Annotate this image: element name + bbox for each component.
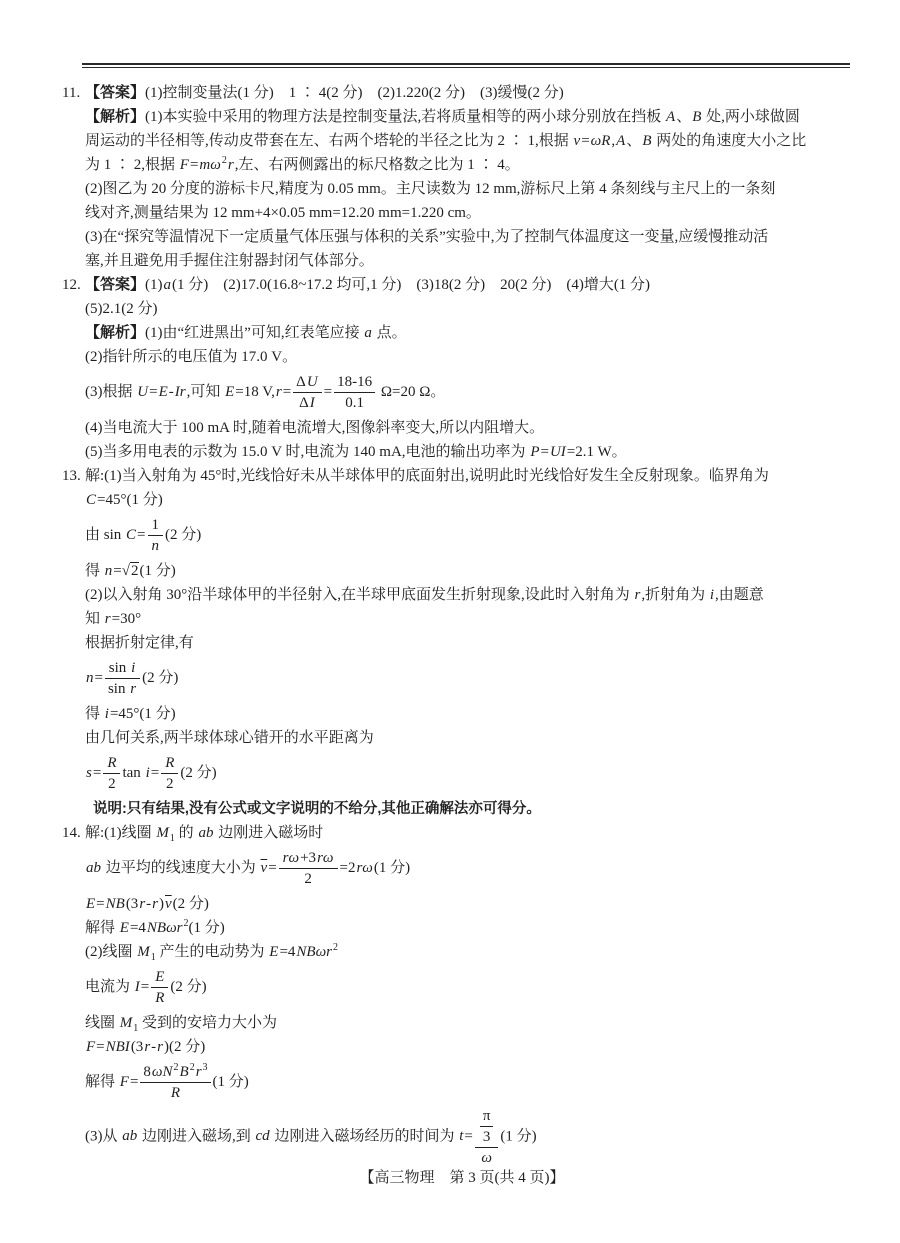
variable: R [106, 755, 117, 771]
text-run: 塞,并且避免用手握住注射器封闭气体部分。 [85, 253, 374, 269]
text-run: 8 [143, 1064, 151, 1080]
text-run: =2.1 W。 [567, 444, 627, 460]
superscript: 2 [333, 942, 338, 953]
fraction-numerator: R [103, 754, 120, 774]
variable: r [138, 896, 146, 912]
variable: R [170, 1085, 181, 1101]
text-run: = [137, 527, 145, 543]
text-line: s=R2tan i=R2(2 分) [62, 754, 862, 793]
fraction-numerator: sin i [105, 659, 140, 679]
text-line: 线对齐,测量结果为 12 mm+4×0.05 mm=12.20 mm=1.220… [62, 201, 862, 225]
text-run: ,可知 [187, 384, 225, 400]
text-run: ,左、右两侧露出的标尺格数之比为 1 ∶ 4。 [235, 157, 520, 173]
variable: B [641, 133, 652, 149]
text-run: (2)以入射角 30°沿半球体甲的半径射入,在半球甲底面发生折射现象,设此时入射… [85, 587, 634, 603]
variable: s [85, 765, 93, 781]
variable: r [151, 896, 159, 912]
text-line: 周运动的半径相等,传动皮带套在左、右两个塔轮的半径之比为 2 ∶ 1,根据 v=… [62, 129, 862, 153]
text-run: 2 [108, 776, 116, 792]
variable: n [151, 538, 161, 554]
variable: NBI [105, 1039, 131, 1055]
text-run: (1)本实验中采用的物理方法是控制变量法,若将质量相等的两小球分别放在挡板 [145, 109, 665, 125]
text-line: (2)线圈 M1 产生的电动势为 E=4NBωr2 [62, 940, 862, 964]
fraction-denominator: ω [475, 1148, 499, 1167]
text-run: 处,两小球做圆 [702, 109, 800, 125]
variable: I [134, 979, 141, 995]
text-run: (1)控制变量法(1 分) 1 ∶ 4(2 分) (2)1.220(2 分) (… [145, 85, 564, 101]
header-divider [82, 63, 850, 68]
text-run: 解得 [85, 1074, 119, 1090]
text-run: = [130, 1074, 138, 1090]
text-run: (2 分) [180, 765, 216, 781]
text-run: 点。 [373, 325, 407, 341]
text-run: (2 分) [170, 979, 206, 995]
text-run: (5)当多用电表的示数为 15.0 V 时,电流为 140 mA,电池的输出功率… [85, 444, 529, 460]
bold-label: 【答案】 [85, 277, 145, 293]
text-run: (1 分) [139, 563, 175, 579]
text-run: 为 1 ∶ 2,根据 [85, 157, 179, 173]
fraction-numerator: π [480, 1107, 494, 1127]
fraction-numerator: E [151, 968, 168, 988]
fraction-denominator: R [140, 1083, 210, 1102]
text-line: 【解析】(1)由“红进黑出”可知,红表笔应接 a 点。 [62, 321, 862, 345]
text-run: (3)从 [85, 1128, 121, 1144]
fraction-numerator: 18-16 [334, 373, 375, 393]
text-run: 受到的安培力大小为 [138, 1015, 277, 1031]
variable: B [179, 1064, 190, 1080]
text-line: 知 r=30° [62, 607, 862, 631]
fraction: π3 [480, 1107, 494, 1146]
text-run: 知 [85, 611, 104, 627]
variable: ωR [590, 133, 612, 149]
text-run: (3 [131, 1039, 144, 1055]
variable: r [195, 1064, 203, 1080]
text-run: = [113, 563, 121, 579]
variable: v [573, 133, 582, 149]
text-run: (1 分) (2)17.0(16.8~17.2 均可,1 分) (3)18(2 … [172, 277, 650, 293]
text-run: 线对齐,测量结果为 12 mm+4×0.05 mm=12.20 mm=1.220… [85, 205, 481, 221]
variable: rω [282, 850, 300, 866]
text-run: 说明:只有结果,没有公式或文字说明的不给分,其他正确解法亦可得分。 [93, 801, 541, 817]
text-run: 由 sin [85, 527, 125, 543]
variable: U [136, 384, 149, 400]
sqrt-expression: √2 [122, 562, 140, 579]
text-run: (3)根据 [85, 384, 136, 400]
text-run: sin [108, 681, 129, 697]
fraction: R2 [161, 754, 178, 793]
variable: r [156, 1039, 164, 1055]
text-line: 得 n=√2(1 分) [62, 559, 862, 583]
variable: NBωr [146, 920, 184, 936]
text-run: - [169, 384, 174, 400]
fraction-numerator: 8ωN2B2r3 [140, 1063, 210, 1083]
fraction: 8ωN2B2r3R [140, 1063, 210, 1102]
superscript: 2 [174, 1062, 179, 1073]
fraction: rω+3rω2 [279, 849, 338, 888]
text-run: 电流为 [85, 979, 134, 995]
variable: ab [85, 860, 102, 876]
text-run: sin [109, 660, 130, 676]
text-run: (1 分) [189, 920, 225, 936]
text-line: 12.【答案】(1)a(1 分) (2)17.0(16.8~17.2 均可,1 … [62, 273, 862, 297]
fraction: sin isin r [105, 659, 140, 698]
text-run: (4)当电流大于 100 mA 时,随着电流增大,图像斜率变大,所以内阻增大。 [85, 420, 544, 436]
variable: ab [197, 825, 214, 841]
text-line: 由 sin C=1n(2 分) [62, 516, 862, 555]
text-run: (2)指针所示的电压值为 17.0 V。 [85, 349, 297, 365]
text-run: = [93, 765, 101, 781]
text-run: =4 [279, 944, 295, 960]
variable: a [363, 325, 373, 341]
text-run: (2 分) [173, 896, 209, 912]
text-run: (1)由“红进黑出”可知,红表笔应接 [145, 325, 363, 341]
text-run: = [149, 384, 157, 400]
text-run: = [464, 1128, 472, 1144]
variable: E [85, 896, 96, 912]
variable: r [143, 1039, 151, 1055]
fraction-numerator: 1 [148, 516, 164, 536]
text-run: (1) [145, 277, 163, 293]
variable-overbar: v [164, 896, 173, 912]
text-line: (2)指针所示的电压值为 17.0 V。 [62, 345, 862, 369]
text-run: 边刚进入磁场,到 [138, 1128, 254, 1144]
variable: NBωr [295, 944, 333, 960]
text-run: (1 分) [213, 1074, 249, 1090]
text-run: 2 [304, 871, 312, 887]
text-run: 2 [166, 776, 174, 792]
text-run: tan [122, 765, 144, 781]
text-run: (3)在“探究等温情况下一定质量气体压强与体积的关系”实验中,为了控制气体温度这… [85, 229, 768, 245]
text-run: = [268, 860, 276, 876]
text-run: 的 [175, 825, 198, 841]
fraction-denominator: 3 [480, 1127, 494, 1146]
fraction: ER [151, 968, 168, 1007]
text-run: Δ [296, 374, 306, 390]
text-run: 边刚进入磁场经历的时间为 [271, 1128, 459, 1144]
fraction-numerator: ΔU [293, 373, 322, 393]
radical-sign-icon: √ [122, 563, 130, 579]
text-run: π [483, 1108, 491, 1124]
variable: rω [316, 850, 334, 866]
text-run: (2 分) [165, 527, 201, 543]
text-run: Δ [299, 395, 309, 411]
text-line: ab 边平均的线速度大小为 v=rω+3rω2=2rω(1 分) [62, 849, 862, 888]
text-run: 1 [152, 517, 160, 533]
text-run: +3 [300, 850, 316, 866]
fraction-denominator: 2 [161, 774, 178, 793]
variable-overbar: v [260, 860, 269, 876]
variable: ab [121, 1128, 138, 1144]
text-run: 线圈 [85, 1015, 119, 1031]
variable: B [691, 109, 702, 125]
variable: E [224, 384, 235, 400]
text-run: (2 分) [142, 670, 178, 686]
text-run: 、 [676, 109, 691, 125]
text-run: (2)图乙为 20 分度的游标卡尺,精度为 0.05 mm。主尺读数为 12 m… [85, 181, 775, 197]
fraction-denominator: ΔI [293, 393, 322, 412]
variable: ω [480, 1150, 493, 1166]
text-line: (5)2.1(2 分) [62, 297, 862, 321]
text-run: 解得 [85, 920, 119, 936]
text-run: = [95, 670, 103, 686]
variable: P [529, 444, 540, 460]
variable: r [227, 157, 235, 173]
fraction-numerator: R [161, 754, 178, 774]
text-line: C=45°(1 分) [62, 488, 862, 512]
scanned-answer-page: 11.【答案】(1)控制变量法(1 分) 1 ∶ 4(2 分) (2)1.220… [0, 0, 900, 1243]
text-line: 解得 E=4NBωr2(1 分) [62, 916, 862, 940]
text-line: F=NBI(3r-r)(2 分) [62, 1035, 862, 1059]
text-run: =45°(1 分) [110, 706, 176, 722]
text-line: 根据折射定律,有 [62, 631, 862, 655]
item-number: 13. [62, 464, 81, 488]
text-run: 由几何关系,两半球体球心错开的水平距离为 [85, 730, 374, 746]
text-run: = [540, 444, 548, 460]
text-run: =2 [340, 860, 356, 876]
variable: a [163, 277, 173, 293]
content: 11.【答案】(1)控制变量法(1 分) 1 ∶ 4(2 分) (2)1.220… [62, 81, 862, 1172]
text-run: 根据折射定律,有 [85, 635, 194, 651]
text-run: = [324, 384, 332, 400]
fraction-numerator: π3 [475, 1107, 499, 1148]
text-line: 【解析】(1)本实验中采用的物理方法是控制变量法,若将质量相等的两小球分别放在挡… [62, 105, 862, 129]
fraction-denominator: R [151, 988, 168, 1007]
text-run: = [96, 896, 104, 912]
text-run: ,折射角为 [641, 587, 709, 603]
text-run: 3 [483, 1129, 491, 1145]
bold-label: 【解析】 [85, 109, 145, 125]
text-run: 得 [85, 706, 104, 722]
text-run: (2)线圈 [85, 944, 136, 960]
variable: M [136, 944, 151, 960]
superscript: 2 [190, 1062, 195, 1073]
variable: n [85, 670, 95, 686]
fraction-denominator: 0.1 [334, 393, 375, 412]
fraction: 1n [148, 516, 164, 555]
text-line: (3)根据 U=E-Ir,可知 E=18 V,r=ΔUΔI=18-160.1 Ω… [62, 373, 862, 412]
variable: F [119, 1074, 130, 1090]
page-footer: 【高三物理 第 3 页(共 4 页)】 [62, 1166, 862, 1187]
text-run: =45°(1 分) [97, 492, 163, 508]
variable: n [104, 563, 114, 579]
item-number: 12. [62, 273, 81, 297]
fraction-denominator: n [148, 536, 164, 555]
bold-label: 【解析】 [85, 325, 145, 341]
variable: r [275, 384, 283, 400]
fraction-denominator: 2 [103, 774, 120, 793]
text-run: ,由题意 [715, 587, 764, 603]
fraction: ΔUΔI [293, 373, 322, 412]
variable: Ir [174, 384, 187, 400]
text-run: (1 分) [374, 860, 410, 876]
text-line: 14.解:(1)线圈 M1 的 ab 边刚进入磁场时 [62, 821, 862, 845]
text-line: 由几何关系,两半球体球心错开的水平距离为 [62, 726, 862, 750]
text-line: 塞,并且避免用手握住注射器封闭气体部分。 [62, 249, 862, 273]
text-run: 边刚进入磁场时 [214, 825, 323, 841]
variable: C [85, 492, 97, 508]
text-line: 解得 F=8ωN2B2r3R(1 分) [62, 1063, 862, 1102]
text-run: )(2 分) [164, 1039, 205, 1055]
note-line: 说明:只有结果,没有公式或文字说明的不给分,其他正确解法亦可得分。 [62, 797, 862, 821]
text-line: (5)当多用电表的示数为 15.0 V 时,电流为 140 mA,电池的输出功率… [62, 440, 862, 464]
text-line: 11.【答案】(1)控制变量法(1 分) 1 ∶ 4(2 分) (2)1.220… [62, 81, 862, 105]
variable: U [306, 374, 319, 390]
variable: UI [549, 444, 567, 460]
text-run: 解:(1)当入射角为 45°时,光线恰好未从半球体甲的底面射出,说明此时光线恰好… [85, 468, 769, 484]
text-run: Ω=20 Ω。 [377, 384, 445, 400]
text-run: 0.1 [345, 395, 364, 411]
variable: A [615, 133, 626, 149]
text-run: 18-16 [337, 374, 372, 390]
variable: R [154, 990, 165, 1006]
text-run: =4 [130, 920, 146, 936]
variable: E [158, 384, 169, 400]
text-run: (5)2.1(2 分) [85, 301, 157, 317]
text-line: 13.解:(1)当入射角为 45°时,光线恰好未从半球体甲的底面射出,说明此时光… [62, 464, 862, 488]
text-run: 产生的电动势为 [156, 944, 269, 960]
variable: A [665, 109, 676, 125]
variable: r [104, 611, 112, 627]
variable: ωN [151, 1064, 174, 1080]
variable: M [119, 1015, 134, 1031]
text-run: = [96, 1039, 104, 1055]
text-run: = [141, 979, 149, 995]
text-line: E=NB(3r-r)v(2 分) [62, 892, 862, 916]
text-line: (2)图乙为 20 分度的游标卡尺,精度为 0.05 mm。主尺读数为 12 m… [62, 177, 862, 201]
variable: R [164, 755, 175, 771]
text-line: (4)当电流大于 100 mA 时,随着电流增大,图像斜率变大,所以内阻增大。 [62, 416, 862, 440]
text-run: = [151, 765, 159, 781]
fraction: 18-160.1 [334, 373, 375, 412]
variable: r [129, 681, 137, 697]
text-line: 得 i=45°(1 分) [62, 702, 862, 726]
text-run: (1 分) [500, 1128, 536, 1144]
variable: cd [255, 1128, 271, 1144]
text-run: 得 [85, 563, 104, 579]
text-line: 电流为 I=ER(2 分) [62, 968, 862, 1007]
variable: mω [198, 157, 221, 173]
text-line: (3)从 ab 边刚进入磁场,到 cd 边刚进入磁场经历的时间为 t=π3ω(1… [62, 1107, 862, 1167]
variable: E [119, 920, 130, 936]
text-run: =18 V, [235, 384, 275, 400]
fraction-numerator: rω+3rω [279, 849, 338, 869]
item-number: 11. [62, 81, 80, 105]
text-run: 解:(1)线圈 [85, 825, 155, 841]
text-line: (2)以入射角 30°沿半球体甲的半径射入,在半球甲底面发生折射现象,设此时入射… [62, 583, 862, 607]
variable: F [85, 1039, 96, 1055]
fraction-denominator: sin r [105, 679, 140, 698]
fraction: π3ω [475, 1107, 499, 1167]
text-line: (3)在“探究等温情况下一定质量气体压强与体积的关系”实验中,为了控制气体温度这… [62, 225, 862, 249]
bold-label: 【答案】 [85, 85, 145, 101]
variable: i [130, 660, 136, 676]
text-run: 周运动的半径相等,传动皮带套在左、右两个塔轮的半径之比为 2 ∶ 1,根据 [85, 133, 573, 149]
variable: I [309, 395, 316, 411]
text-run: =30° [112, 611, 141, 627]
text-run: = [581, 133, 589, 149]
text-run: = [283, 384, 291, 400]
superscript: 3 [203, 1062, 208, 1073]
text-run: (3 [126, 896, 139, 912]
variable: C [125, 527, 137, 543]
variable: rω [355, 860, 373, 876]
fraction-denominator: 2 [279, 869, 338, 888]
text-line: 线圈 M1 受到的安培力大小为 [62, 1011, 862, 1035]
text-line: n=sin isin r(2 分) [62, 659, 862, 698]
variable: E [154, 969, 165, 985]
variable: E [268, 944, 279, 960]
fraction: R2 [103, 754, 120, 793]
variable: F [179, 157, 190, 173]
text-line: 为 1 ∶ 2,根据 F=mω2r,左、右两侧露出的标尺格数之比为 1 ∶ 4。 [62, 153, 862, 177]
text-run: 、 [626, 133, 641, 149]
text-run: 边平均的线速度大小为 [102, 860, 260, 876]
text-run: 两处的角速度大小之比 [653, 133, 807, 149]
item-number: 14. [62, 821, 81, 845]
variable: M [155, 825, 170, 841]
variable: NB [105, 896, 126, 912]
